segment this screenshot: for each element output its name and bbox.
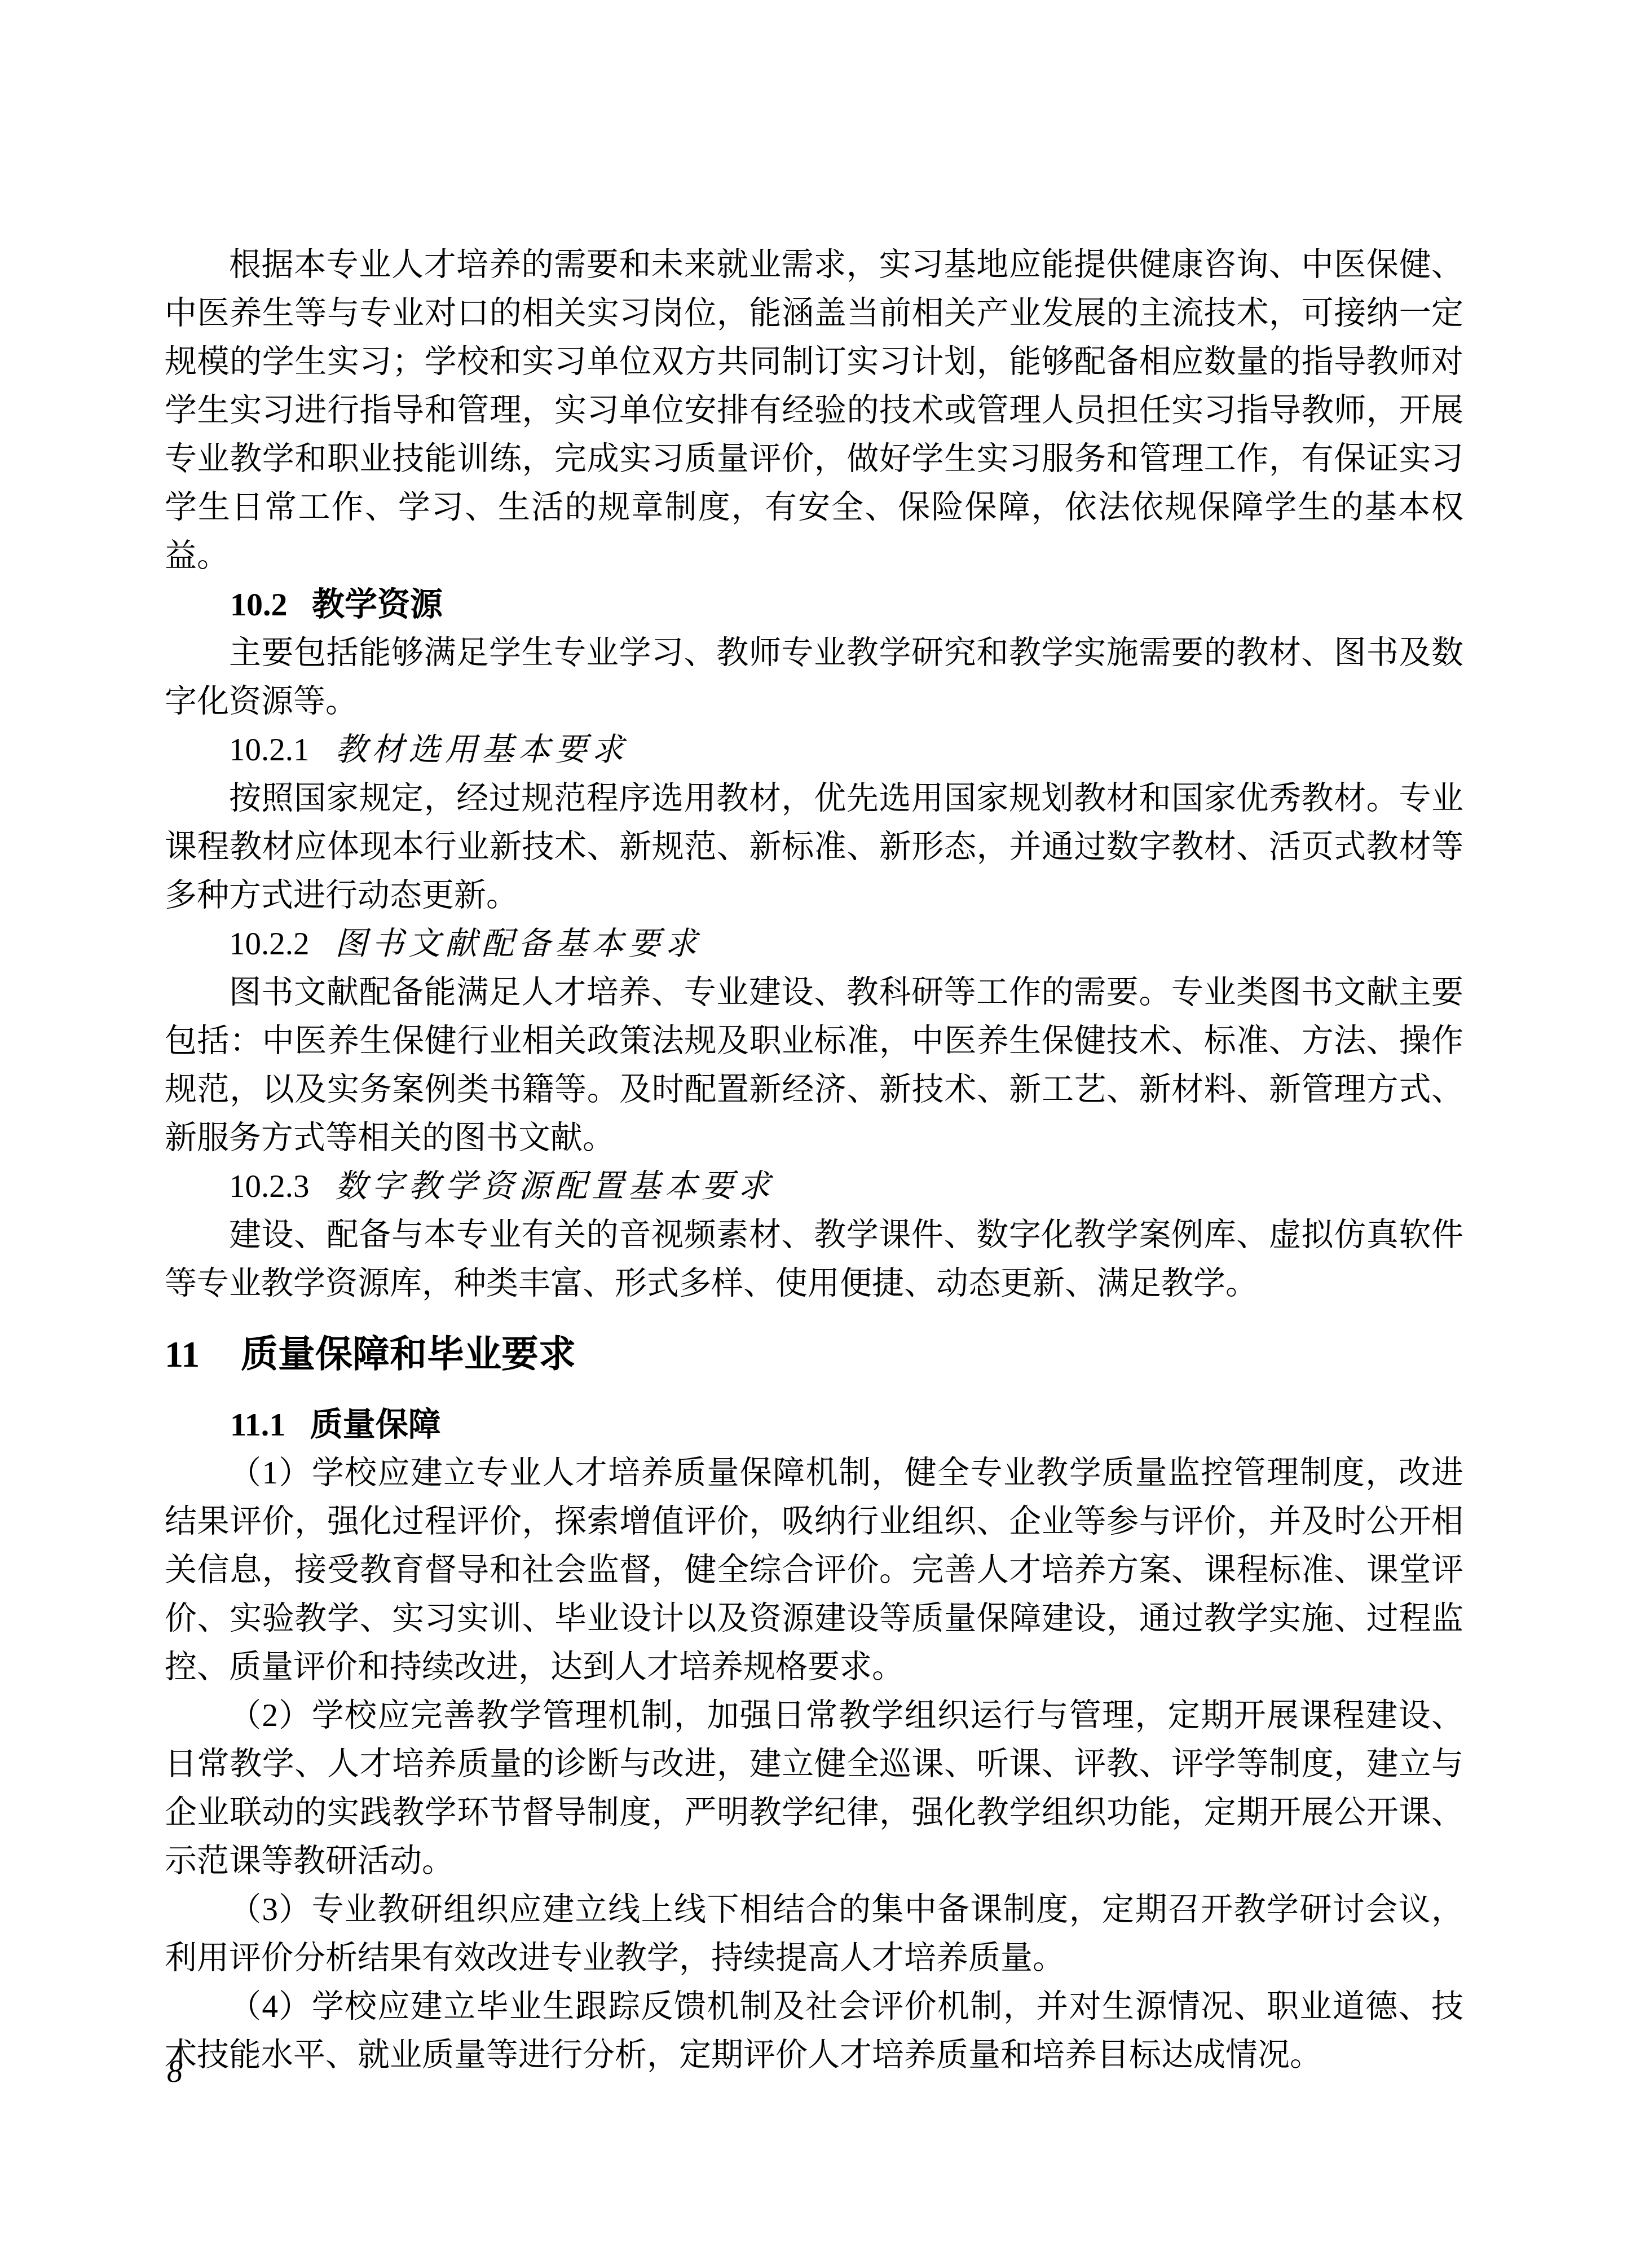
paragraph-qa-item-1: （1）学校应建立专业人才培养质量保障机制，健全专业教学质量监控管理制度，改进结果… — [165, 1449, 1463, 1692]
heading-number: 11.1 — [230, 1406, 285, 1443]
heading-title: 质量保障和毕业要求 — [241, 1333, 576, 1375]
heading-teaching-resources: 10.2教学资源 — [165, 580, 1463, 629]
page-content: 根据本专业人才培养的需要和未来就业需求，实习基地应能提供健康咨询、中医保健、中医… — [165, 241, 1463, 2080]
heading-number: 10.2.2 — [229, 926, 310, 962]
paragraph-library-resources: 图书文献配备能满足人才培养、专业建设、教科研等工作的需要。专业类图书文献主要包括… — [165, 968, 1463, 1162]
heading-number: 10.2.1 — [229, 732, 310, 768]
paragraph-qa-item-4: （4）学校应建立毕业生跟踪反馈机制及社会评价机制，并对生源情况、职业道德、技术技… — [165, 1983, 1463, 2080]
heading-textbook-selection: 10.2.1教材选用基本要求 — [165, 726, 1463, 774]
paragraph-digital-resources: 建设、配备与本专业有关的音视频素材、教学课件、数字化教学案例库、虚拟仿真软件等专… — [165, 1211, 1463, 1308]
paragraph-textbook-selection: 按照国家规定，经过规范程序选用教材，优先选用国家规划教材和国家优秀教材。专业课程… — [165, 774, 1463, 920]
heading-number: 10.2.3 — [229, 1169, 310, 1204]
heading-digital-resources: 10.2.3数字教学资源配置基本要求 — [165, 1162, 1463, 1211]
heading-title: 质量保障 — [310, 1406, 441, 1443]
paragraph-internship-base: 根据本专业人才培养的需要和未来就业需求，实习基地应能提供健康咨询、中医保健、中医… — [165, 241, 1463, 580]
heading-title: 教学资源 — [312, 586, 443, 623]
page-number: 8 — [167, 2052, 183, 2091]
heading-title: 教材选用基本要求 — [335, 732, 628, 768]
heading-number: 11 — [165, 1334, 200, 1375]
paragraph-qa-item-2: （2）学校应完善教学管理机制，加强日常教学组织运行与管理，定期开展课程建设、日常… — [165, 1692, 1463, 1886]
heading-quality-assurance-graduation: 11质量保障和毕业要求 — [165, 1327, 1463, 1382]
heading-title: 数字教学资源配置基本要求 — [335, 1169, 775, 1204]
heading-library-resources: 10.2.2图书文献配备基本要求 — [165, 920, 1463, 968]
paragraph-qa-item-3: （3）专业教研组织应建立线上线下相结合的集中备课制度，定期召开教学研讨会议，利用… — [165, 1886, 1463, 1983]
heading-number: 10.2 — [230, 586, 288, 623]
heading-title: 图书文献配备基本要求 — [335, 926, 702, 962]
heading-quality-assurance: 11.1质量保障 — [165, 1401, 1463, 1449]
paragraph-teaching-resources-overview: 主要包括能够满足学生专业学习、教师专业教学研究和教学实施需要的教材、图书及数字化… — [165, 629, 1463, 726]
document-page: 根据本专业人才培养的需要和未来就业需求，实习基地应能提供健康咨询、中医保健、中医… — [0, 0, 1627, 2268]
